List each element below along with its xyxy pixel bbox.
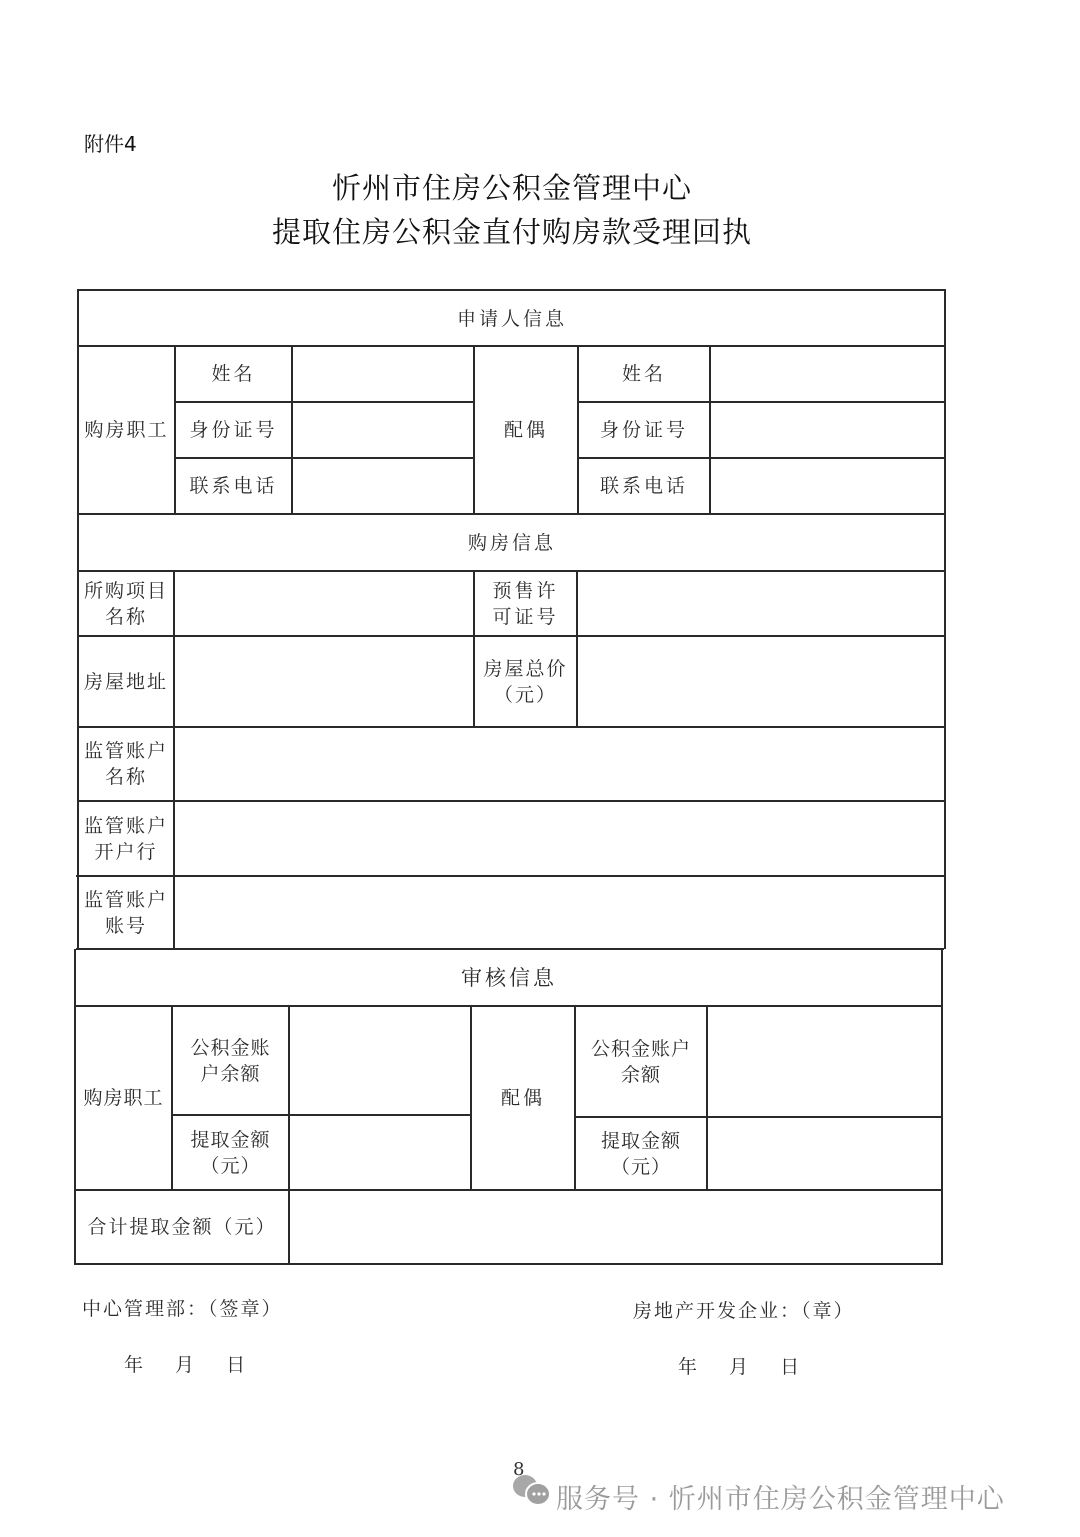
escrow-account-name-label: 监管账户 名称	[79, 728, 173, 800]
review-employee-label: 购房职工	[76, 1007, 171, 1189]
house-address-field[interactable]	[175, 637, 473, 726]
presale-permit-field[interactable]	[578, 572, 944, 635]
spouse-name-field[interactable]	[711, 347, 944, 401]
project-name-field[interactable]	[175, 572, 473, 635]
review-spouse-label: 配偶	[472, 1007, 574, 1189]
spouse-phone-label: 联系电话	[579, 459, 709, 513]
escrow-account-name-field[interactable]	[175, 728, 944, 800]
total-withdraw-label: 合计提取金额（元）	[76, 1191, 288, 1263]
escrow-bank-label: 监管账户 开户行	[79, 802, 173, 875]
spouse-label: 配偶	[475, 347, 577, 513]
developer-seal-label: 房地产开发企业：（章）	[633, 1296, 855, 1323]
section-heading-applicant: 申请人信息	[79, 291, 945, 346]
employee-id-label: 身份证号	[176, 403, 291, 457]
employee-id-field[interactable]	[293, 403, 473, 457]
table-border-right	[944, 289, 946, 949]
document-title-line1: 忻州市住房公积金管理中心	[0, 166, 1024, 207]
spouse-balance-label: 公积金账户 余额	[576, 1007, 706, 1116]
escrow-account-number-label: 监管账户 账号	[79, 877, 173, 948]
escrow-account-number-field[interactable]	[175, 877, 944, 948]
employee-withdraw-label: 提取金额 （元）	[173, 1116, 288, 1189]
developer-date: 年 月 日	[678, 1352, 799, 1379]
total-price-label: 房屋总价 （元）	[475, 637, 576, 726]
house-address-label: 房屋地址	[79, 637, 173, 726]
spouse-withdraw-field[interactable]	[708, 1118, 941, 1189]
employee-balance-field[interactable]	[290, 1007, 470, 1114]
section-heading-review: 审核信息	[76, 950, 942, 1006]
employee-withdraw-field[interactable]	[290, 1116, 470, 1189]
employee-balance-label: 公积金账 户余额	[173, 1007, 288, 1114]
employee-label: 购房职工	[79, 347, 174, 513]
employee-name-field[interactable]	[293, 347, 473, 401]
spouse-withdraw-label: 提取金额 （元）	[576, 1118, 706, 1189]
employee-phone-label: 联系电话	[176, 459, 291, 513]
spouse-balance-field[interactable]	[708, 1007, 941, 1116]
spouse-phone-field[interactable]	[711, 459, 944, 513]
watermark-text: 服务号 · 忻州市住房公积金管理中心	[556, 1477, 1005, 1516]
spouse-name-label: 姓名	[579, 347, 709, 401]
employee-phone-field[interactable]	[293, 459, 473, 513]
escrow-bank-field[interactable]	[175, 802, 944, 875]
wechat-icon	[510, 1472, 552, 1510]
section-heading-purchase: 购房信息	[79, 515, 945, 570]
table-border-bottom	[74, 1263, 943, 1265]
total-price-field[interactable]	[578, 637, 944, 726]
center-management-signature-label: 中心管理部：（签章）	[82, 1294, 283, 1321]
total-withdraw-field[interactable]	[290, 1191, 941, 1263]
center-management-date: 年 月 日	[124, 1350, 245, 1377]
spouse-id-label: 身份证号	[579, 403, 709, 457]
presale-permit-label: 预售许 可证号	[475, 572, 576, 635]
attachment-label: 附件4	[84, 128, 137, 157]
project-name-label: 所购项目 名称	[79, 572, 173, 635]
document-title-line2: 提取住房公积金直付购房款受理回执	[0, 210, 1024, 251]
employee-name-label: 姓名	[176, 347, 291, 401]
spouse-id-field[interactable]	[711, 403, 944, 457]
